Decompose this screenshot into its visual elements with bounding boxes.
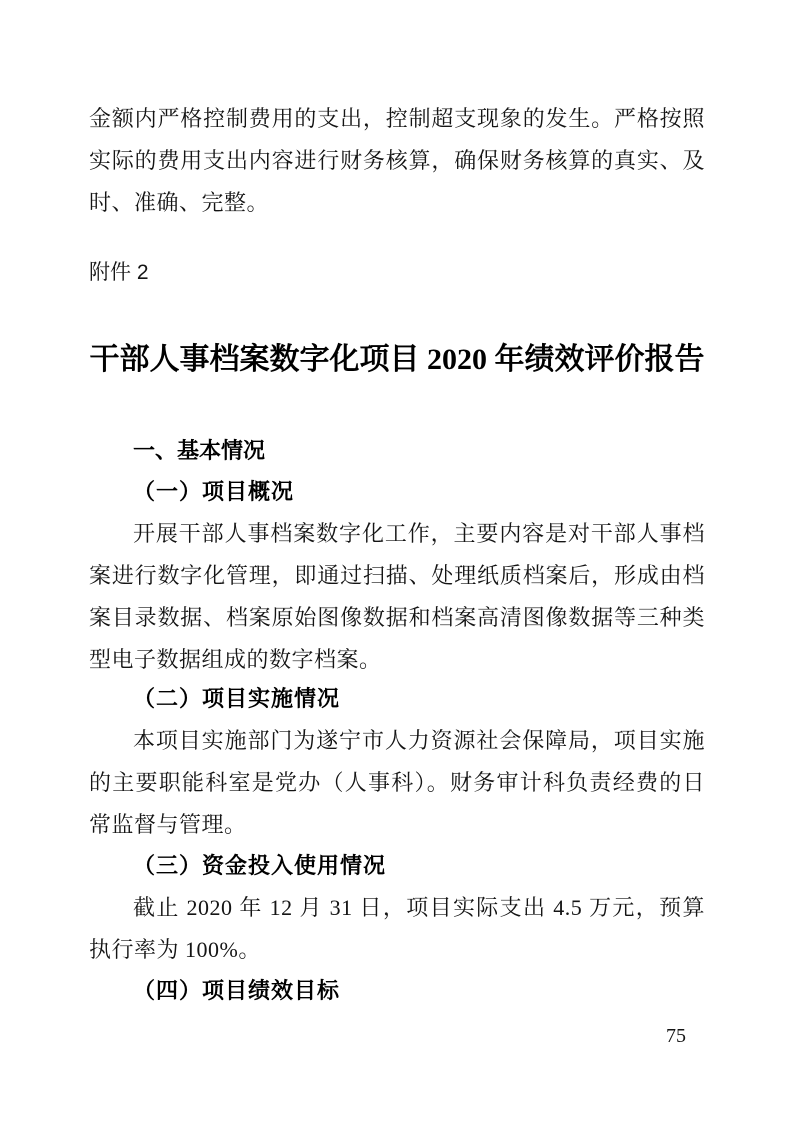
report-title: 干部人事档案数字化项目 2020 年绩效评价报告 [89, 338, 705, 382]
section-heading-basic-info: 一、基本情况 [89, 430, 705, 472]
paragraph-funds-usage: 截止 2020 年 12 月 31 日，项目实际支出 4.5 万元，预算执行率为… [89, 887, 705, 971]
subsection-heading-performance-goals: （四）项目绩效目标 [89, 970, 705, 1012]
subsection-heading-funds-usage: （三）资金投入使用情况 [89, 845, 705, 887]
subsection-heading-project-overview: （一）项目概况 [89, 471, 705, 513]
document-page: 金额内严格控制费用的支出，控制超支现象的发生。严格按照实际的费用支出内容进行财务… [0, 0, 793, 1122]
attachment-label: 附件 2 [89, 258, 705, 288]
paragraph-project-implementation: 本项目实施部门为遂宁市人力资源社会保障局，项目实施的主要职能科室是党办（人事科）… [89, 720, 705, 846]
paragraph-project-overview: 开展干部人事档案数字化工作，主要内容是对干部人事档案进行数字化管理，即通过扫描、… [89, 513, 705, 681]
subsection-heading-project-implementation: （二）项目实施情况 [89, 678, 705, 720]
page-number: 75 [666, 1022, 686, 1050]
continuation-paragraph: 金额内严格控制费用的支出，控制超支现象的发生。严格按照实际的费用支出内容进行财务… [89, 98, 705, 224]
